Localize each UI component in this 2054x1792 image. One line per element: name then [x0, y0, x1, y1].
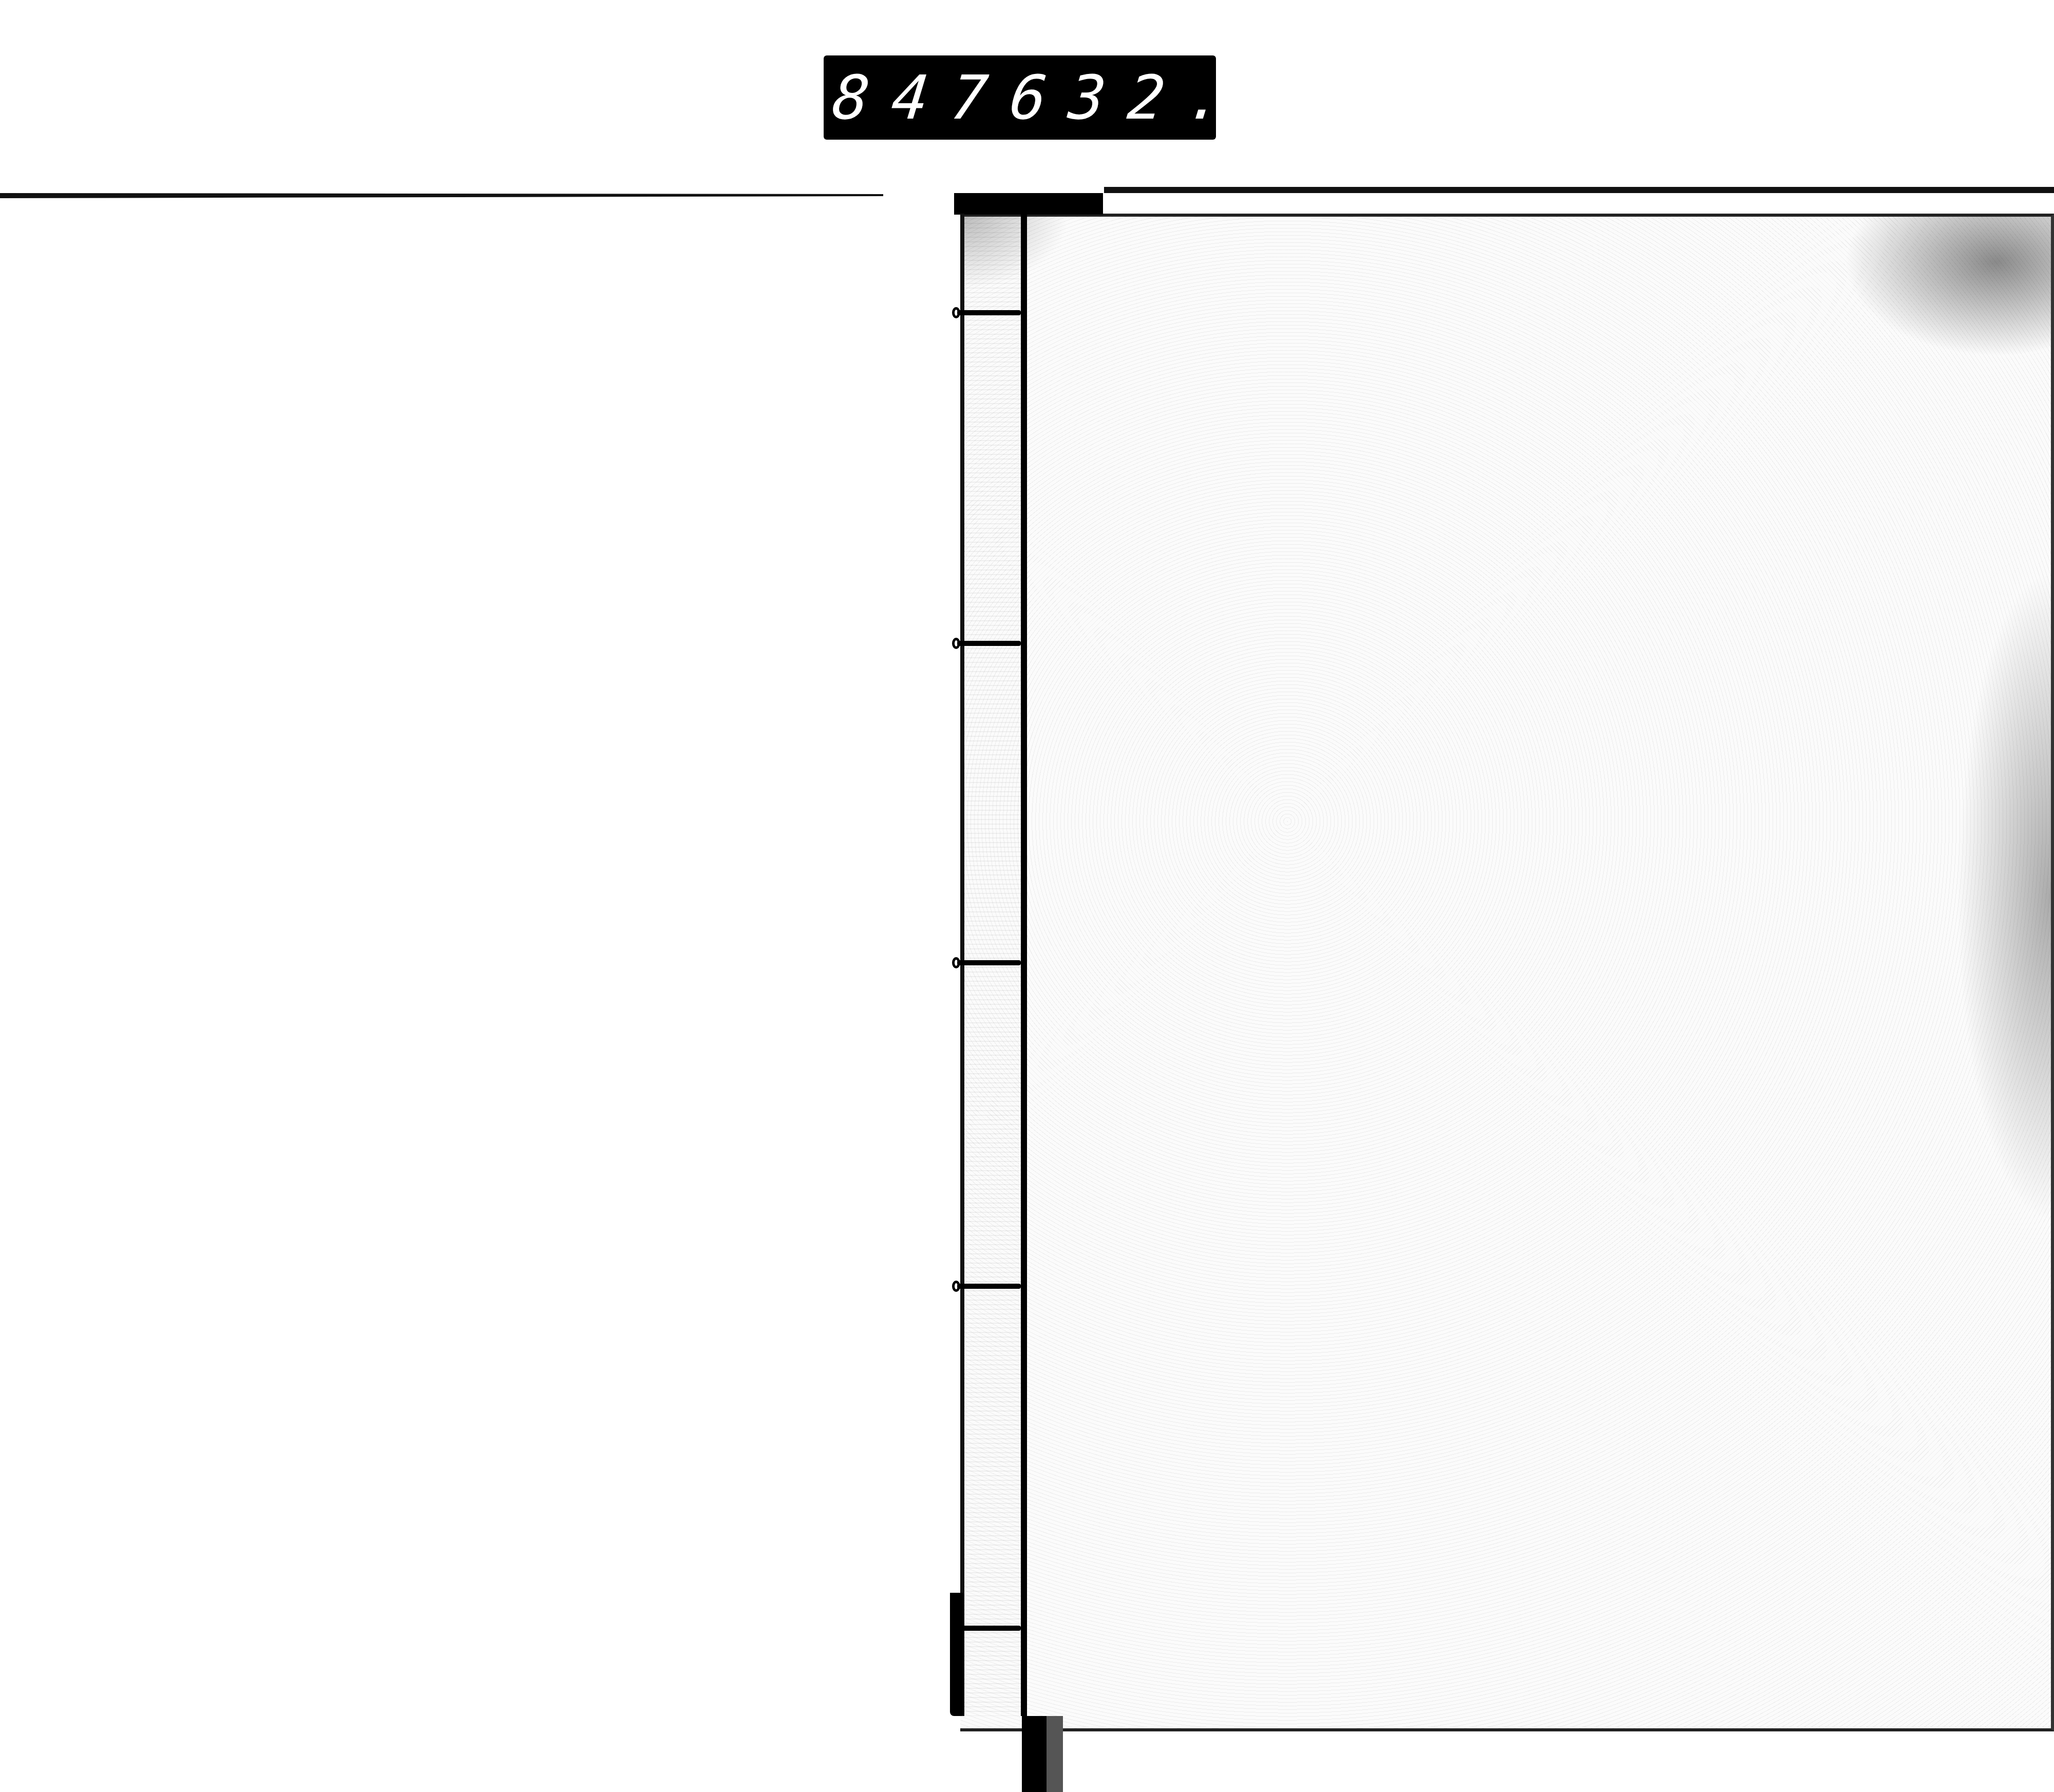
binding-stitch: [957, 310, 1021, 315]
scan-edge-rule-left: [0, 193, 883, 198]
binding-stitch: [957, 1284, 1021, 1289]
binding-stitch: [957, 641, 1021, 646]
spine-top-band: [954, 193, 1103, 215]
spine-lower-edge: [950, 1593, 964, 1716]
spine-foot-tab: [1022, 1716, 1063, 1792]
cover-surface: [960, 214, 2054, 1731]
binding-stitch: [957, 960, 1021, 965]
scan-edge-rule-right: [1104, 187, 2054, 193]
call-number-right: 632.: [1007, 67, 1250, 128]
binding-stitch: [957, 1626, 1021, 1631]
book-cover: [950, 193, 2054, 1731]
call-number-left: 847: [830, 67, 1014, 128]
call-number-label: 847 632.: [824, 55, 1216, 140]
